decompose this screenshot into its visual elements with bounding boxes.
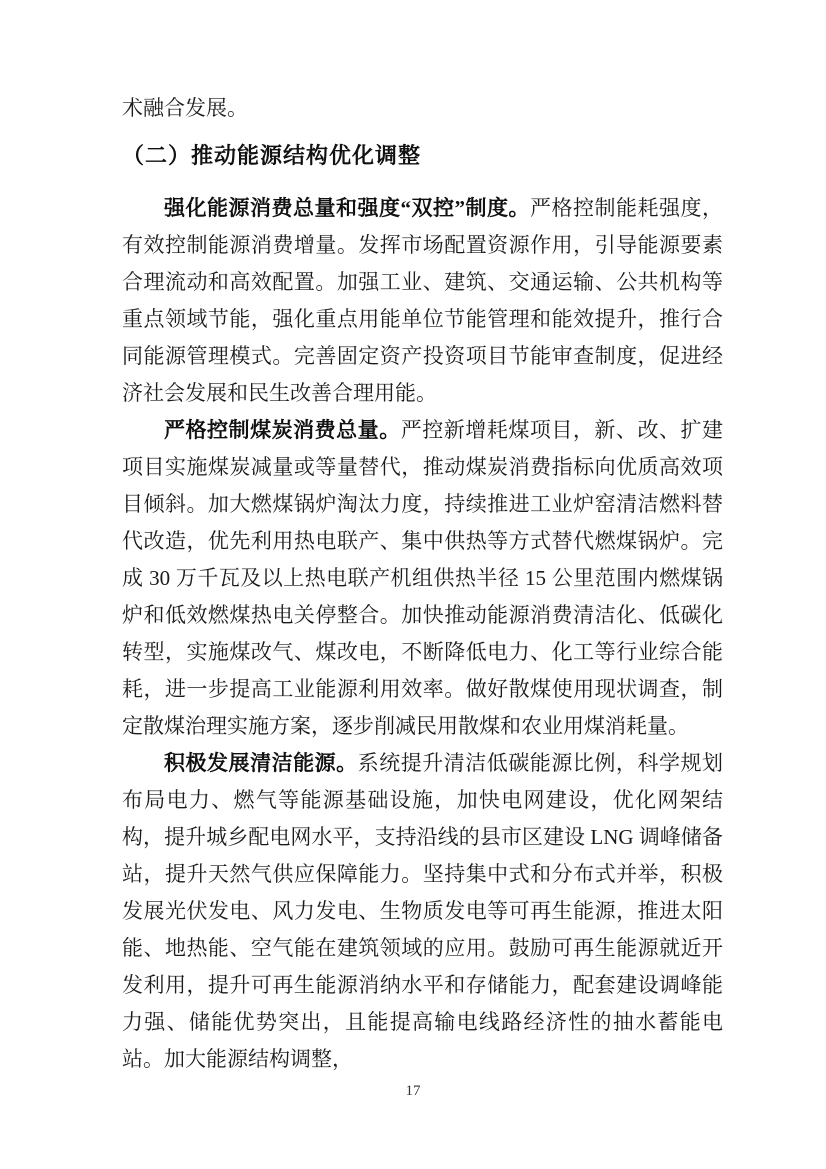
paragraph-lead: 积极发展清洁能源。 xyxy=(164,751,358,775)
paragraph-clean-energy: 积极发展清洁能源。系统提升清洁低碳能源比例，科学规划布局电力、燃气等能源基础设施… xyxy=(122,745,723,1078)
paragraph-continuation: 术融合发展。 xyxy=(122,90,723,127)
paragraph-body: 严格控制能耗强度，有效控制能源消费增量。发挥市场配置资源作用，引导能源要素合理流… xyxy=(122,196,723,405)
paragraph-lead: 严格控制煤炭消费总量。 xyxy=(164,418,401,442)
paragraph-coal-consumption: 严格控制煤炭消费总量。严控新增耗煤项目，新、改、扩建项目实施煤炭减量或等量替代，… xyxy=(122,412,723,745)
paragraph-body: 系统提升清洁低碳能源比例，科学规划布局电力、燃气等能源基础设施，加快电网建设，优… xyxy=(122,751,723,1071)
section-heading: （二）推动能源结构优化调整 xyxy=(122,137,723,174)
paragraph-energy-dual-control: 强化能源消费总量和强度“双控”制度。严格控制能耗强度，有效控制能源消费增量。发挥… xyxy=(122,190,723,412)
paragraph-body: 严控新增耗煤项目，新、改、扩建项目实施煤炭减量或等量替代，推动煤炭消费指标向优质… xyxy=(122,418,723,738)
page-number: 17 xyxy=(0,1083,826,1100)
page-content: 术融合发展。 （二）推动能源结构优化调整 强化能源消费总量和强度“双控”制度。严… xyxy=(122,90,723,1078)
document-page: 术融合发展。 （二）推动能源结构优化调整 强化能源消费总量和强度“双控”制度。严… xyxy=(0,0,826,1169)
paragraph-lead: 强化能源消费总量和强度“双控”制度。 xyxy=(164,196,530,220)
